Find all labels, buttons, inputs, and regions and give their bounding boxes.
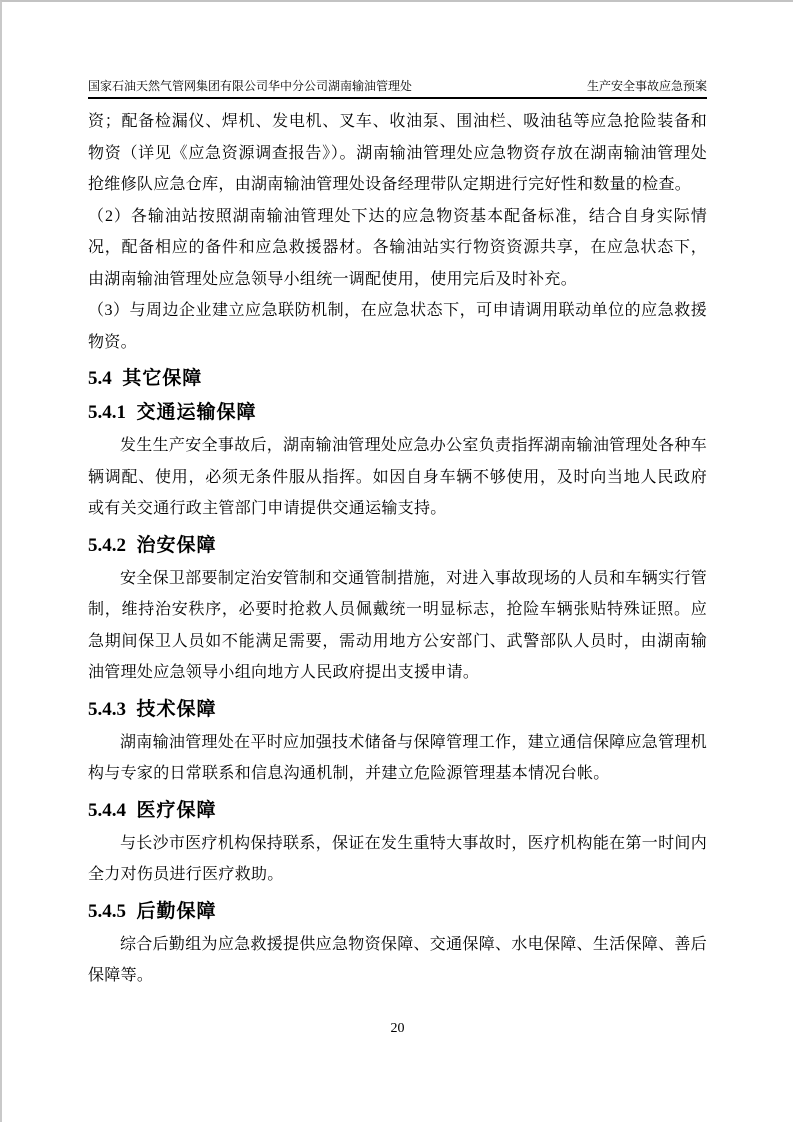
section-body-5-4-4: 与长沙市医疗机构保持联系，保证在发生重特大事故时，医疗机构能在第一时间内全力对伤… <box>88 828 707 891</box>
section-number: 5.4 <box>88 368 112 389</box>
section-number: 5.4.4 <box>88 800 126 821</box>
section-heading-5-4-1: 5.4.1交通运输保障 <box>88 400 707 426</box>
section-body-5-4-1: 发生生产安全事故后，湖南输油管理处应急办公室负责指挥湖南输油管理处各种车辆调配、… <box>88 430 707 525</box>
running-header: 国家石油天然气管网集团有限公司华中分公司湖南输油管理处 生产安全事故应急预案 <box>88 78 707 99</box>
section-number: 5.4.3 <box>88 699 126 720</box>
section-title: 治安保障 <box>136 535 216 556</box>
section-body-5-4-3: 湖南输油管理处在平时应加强技术储备与保障管理工作，建立通信保障应急管理机构与专家… <box>88 727 707 790</box>
section-number: 5.4.2 <box>88 535 126 556</box>
section-title: 后勤保障 <box>136 901 216 922</box>
section-heading-5-4-5: 5.4.5后勤保障 <box>88 899 707 925</box>
section-title: 其它保障 <box>122 368 202 389</box>
body-paragraph-continuation: 资；配备检漏仪、焊机、发电机、叉车、收油泵、围油栏、吸油毡等应急抢险装备和物资（… <box>88 106 707 201</box>
header-company-name: 国家石油天然气管网集团有限公司华中分公司湖南输油管理处 <box>88 78 412 94</box>
section-body-5-4-2: 安全保卫部要制定治安管制和交通管制措施，对进入事故现场的人员和车辆实行管制，维持… <box>88 563 707 689</box>
section-heading-5-4-4: 5.4.4医疗保障 <box>88 798 707 824</box>
section-heading-5-4-3: 5.4.3技术保障 <box>88 697 707 723</box>
document-body: 资；配备检漏仪、焊机、发电机、叉车、收油泵、围油栏、吸油毡等应急抢险装备和物资（… <box>88 106 707 992</box>
section-body-5-4-5: 综合后勤组为应急救援提供应急物资保障、交通保障、水电保障、生活保障、善后保障等。 <box>88 929 707 992</box>
body-paragraph-item-3: （3）与周边企业建立应急联防机制，在应急状态下，可申请调用联动单位的应急救援物资… <box>88 295 707 358</box>
body-paragraph-item-2: （2）各输油站按照湖南输油管理处下达的应急物资基本配备标准，结合自身实际情况，配… <box>88 201 707 296</box>
section-title: 医疗保障 <box>136 800 216 821</box>
section-heading-5-4-2: 5.4.2治安保障 <box>88 533 707 559</box>
section-number: 5.4.5 <box>88 901 126 922</box>
document-page: 国家石油天然气管网集团有限公司华中分公司湖南输油管理处 生产安全事故应急预案 资… <box>0 0 793 1122</box>
header-doc-title: 生产安全事故应急预案 <box>587 78 707 94</box>
page-number: 20 <box>2 1020 793 1038</box>
section-number: 5.4.1 <box>88 402 126 423</box>
section-title: 交通运输保障 <box>136 402 256 423</box>
section-heading-5-4: 5.4其它保障 <box>88 366 707 392</box>
section-title: 技术保障 <box>136 699 216 720</box>
